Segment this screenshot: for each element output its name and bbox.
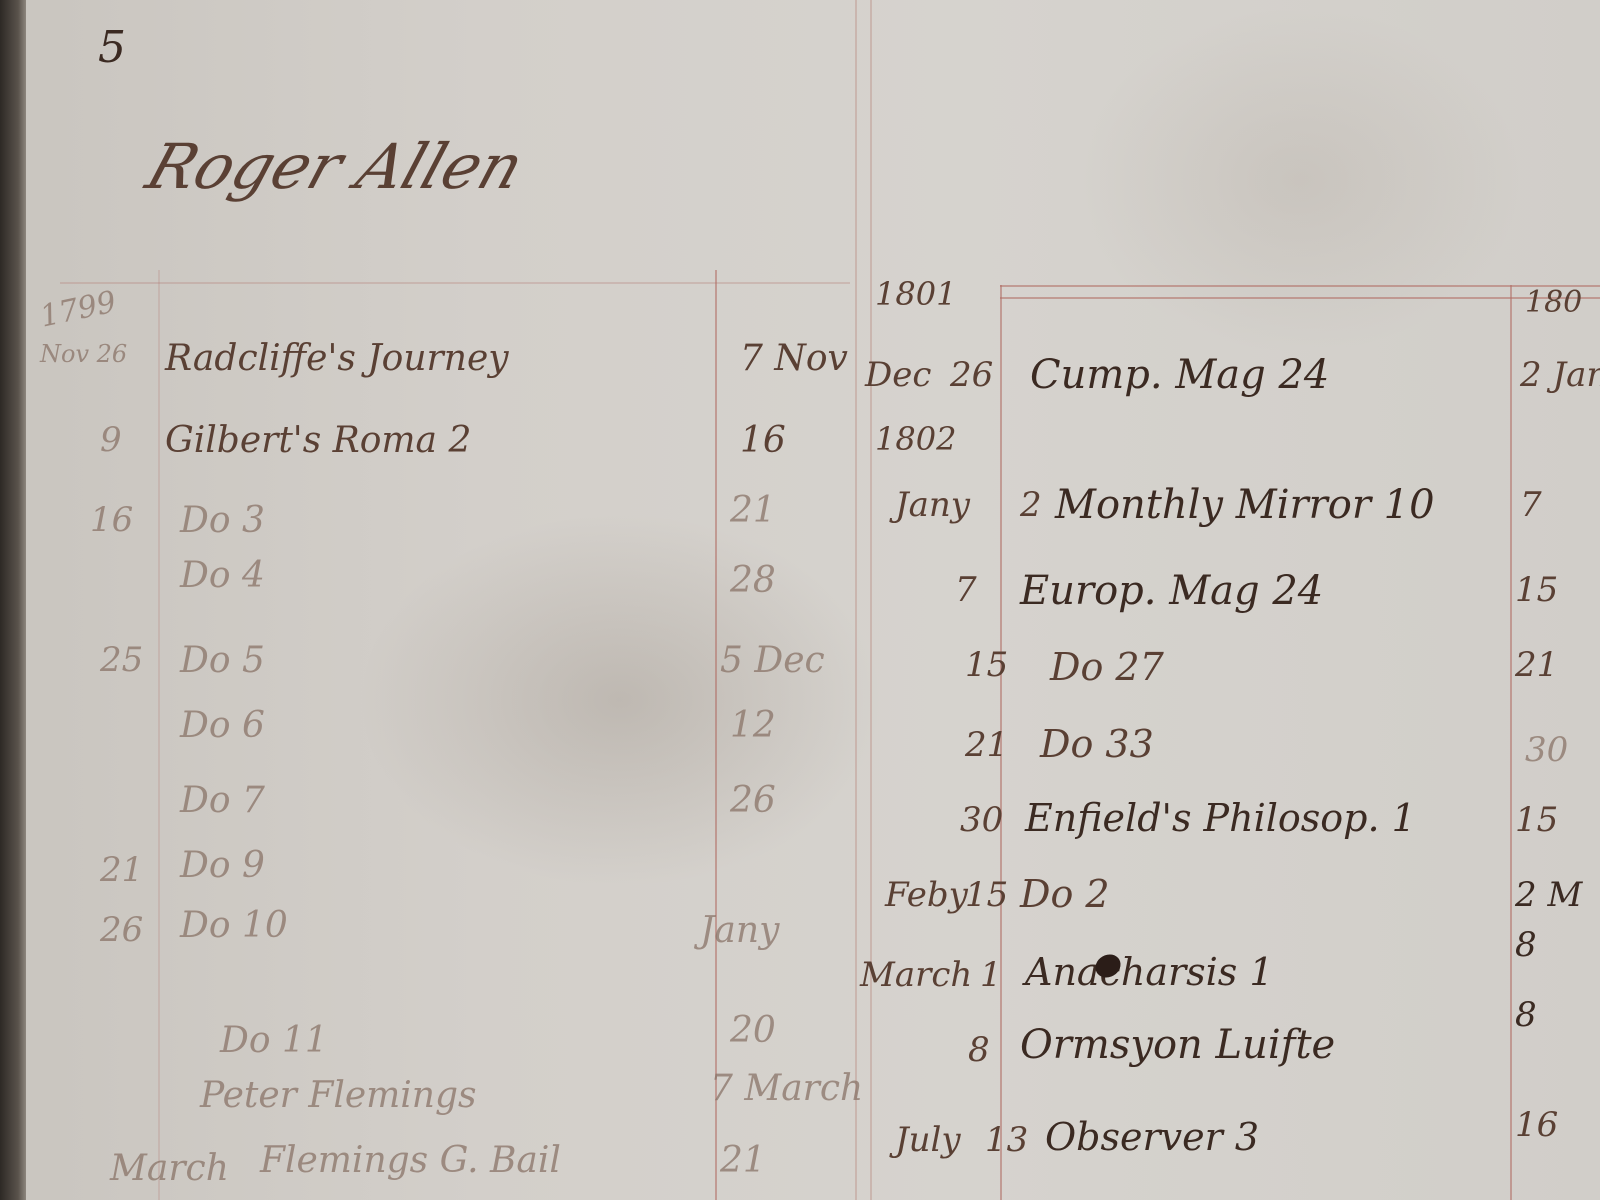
left-row-description: Do 5 xyxy=(180,640,265,681)
right-row-ref: 8 xyxy=(1515,995,1537,1035)
right-year-top: 1801 xyxy=(875,275,956,313)
left-row-date: March xyxy=(110,1148,229,1189)
left-row-description: Do 4 xyxy=(180,555,265,596)
right-row-day: 13 xyxy=(985,1120,1028,1160)
left-row-description: Do 10 xyxy=(180,905,288,946)
right-row-ref: 2 M xyxy=(1515,875,1582,915)
right-row-day: 7 xyxy=(955,570,977,610)
left-ref-column-rule xyxy=(715,270,717,1200)
left-row-ref: 16 xyxy=(740,420,786,461)
ledger-page: 5 Roger Allen 1799 Nov 26 Radcliffe's Jo… xyxy=(0,0,1600,1200)
left-row-description: Flemings G. Bail xyxy=(260,1140,561,1181)
left-row-ref: 26 xyxy=(730,780,776,821)
left-row-date: 21 xyxy=(100,850,143,890)
right-row-month: Feby xyxy=(885,875,968,915)
left-row-date: 25 xyxy=(100,640,143,680)
right-row-ref: 8 xyxy=(1515,925,1537,965)
left-row-ref: 28 xyxy=(730,560,776,601)
left-row-date: 16 xyxy=(90,500,133,540)
right-row-day: 8 xyxy=(968,1030,990,1070)
right-row-ref: 16 xyxy=(1515,1105,1558,1145)
left-row-ref: 21 xyxy=(720,1140,766,1181)
right-row-day: 26 xyxy=(950,355,993,395)
right-row-ref: 21 xyxy=(1515,645,1558,685)
page-divider-rule-1 xyxy=(855,0,857,1200)
account-name: Roger Allen xyxy=(138,130,533,203)
right-row-description: Enfield's Philosop. 1 xyxy=(1025,796,1416,840)
right-row-month: Jany xyxy=(895,485,970,525)
right-row-month: March xyxy=(860,955,972,995)
right-ref-column-rule xyxy=(1510,285,1512,1200)
left-row-description: Do 7 xyxy=(180,780,265,821)
right-row-ref: 15 xyxy=(1515,800,1558,840)
right-row-ref: 30 xyxy=(1525,730,1568,770)
right-row-day: 30 xyxy=(960,800,1003,840)
right-row-description: Do 27 xyxy=(1050,645,1164,689)
left-row-ref: 5 Dec xyxy=(720,640,825,681)
left-row-ref: Jany xyxy=(700,910,779,951)
left-row-date: 26 xyxy=(100,910,143,950)
right-row-month: Dec xyxy=(865,355,931,395)
left-row-description: Do 6 xyxy=(180,705,265,746)
right-row-description: Europ. Mag 24 xyxy=(1020,568,1323,614)
left-row-description: Do 9 xyxy=(180,845,265,886)
left-row-ref: 21 xyxy=(730,490,776,531)
right-row-description: Anacharsis 1 xyxy=(1025,950,1274,994)
right-row-ref: 7 xyxy=(1520,485,1542,525)
left-row-description: Peter Flemings xyxy=(200,1075,477,1116)
left-row-description: Gilbert's Roma 2 xyxy=(165,420,471,461)
left-row-ref: 7 Nov xyxy=(740,338,848,379)
left-row-description: Do 11 xyxy=(220,1020,328,1061)
book-binding xyxy=(0,0,26,1200)
right-row-ref: 2 Jan xyxy=(1520,355,1600,395)
left-year: 1799 xyxy=(37,284,119,334)
right-row-day: 15 xyxy=(965,875,1008,915)
left-row-description: Do 3 xyxy=(180,500,265,541)
right-row-description: Monthly Mirror 10 xyxy=(1055,482,1435,528)
left-row-ref: 20 xyxy=(730,1010,776,1051)
right-row-day: 21 xyxy=(965,725,1008,765)
left-row-date: Nov 26 xyxy=(40,340,127,368)
right-row-day: 2 xyxy=(1020,485,1042,525)
left-row-ref: 7 March xyxy=(710,1068,863,1109)
right-row-day: 1 xyxy=(980,955,1002,995)
page-number: 5 xyxy=(98,22,126,73)
right-row-description: Cump. Mag 24 xyxy=(1030,352,1329,398)
right-row-description: Observer 3 xyxy=(1045,1115,1259,1159)
left-row-ref: 12 xyxy=(730,705,776,746)
right-row-day: 15 xyxy=(965,645,1008,685)
right-margin-year: 180 xyxy=(1525,285,1582,320)
right-year-second: 1802 xyxy=(875,420,956,458)
right-row-description: Do 2 xyxy=(1020,872,1110,916)
header-rule-left xyxy=(60,282,850,284)
left-date-column-rule xyxy=(158,270,160,1200)
left-row-date: 9 xyxy=(100,420,122,460)
page-divider-rule-2 xyxy=(870,0,872,1200)
right-row-description: Ormsyon Luifte xyxy=(1020,1022,1335,1068)
right-row-month: July xyxy=(895,1120,961,1160)
right-row-description: Do 33 xyxy=(1040,722,1154,766)
left-row-description: Radcliffe's Journey xyxy=(165,338,509,379)
right-row-ref: 15 xyxy=(1515,570,1558,610)
